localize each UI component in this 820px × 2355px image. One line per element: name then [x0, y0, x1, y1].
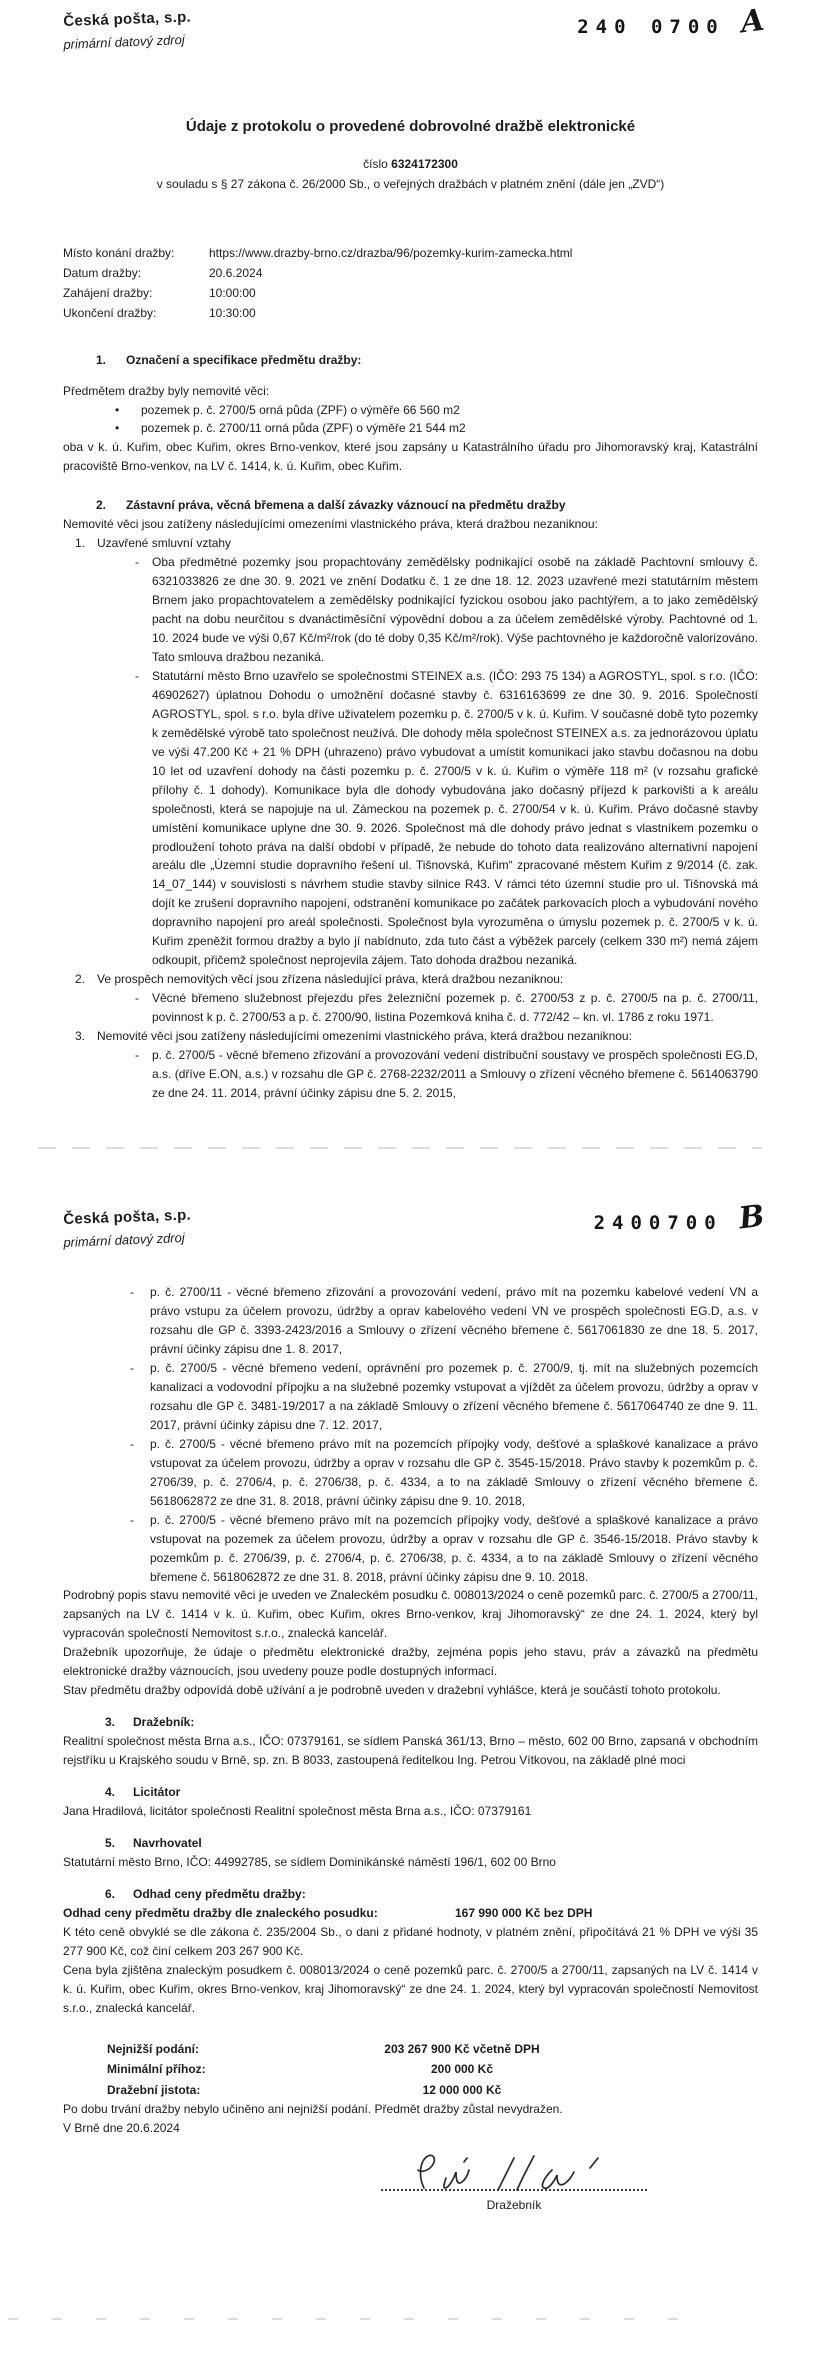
- section2-heading: 2. Zástavní práva, věcná břemena a další…: [96, 496, 758, 515]
- easement-pripojky-1: p. č. 2700/5 - věcné břemeno právo mít n…: [150, 1435, 758, 1511]
- section5-heading: 5. Navrhovatel: [105, 1834, 758, 1853]
- appraisal-description: Podrobný popis stavu nemovité věci je uv…: [63, 1586, 758, 1643]
- estimate-value: 167 990 000 Kč bez DPH: [455, 1904, 758, 1923]
- stamp-letter: A: [739, 6, 766, 39]
- section6-title: Odhad ceny předmětu dražby:: [133, 1885, 306, 1904]
- section5-title: Navrhovatel: [133, 1834, 202, 1853]
- section3-heading: 3. Dražebník:: [105, 1713, 758, 1732]
- proposer-details: Statutární město Brno, IČO: 44992785, se…: [63, 1853, 758, 1872]
- company-tagline: primární datový zdroj: [63, 1228, 185, 1254]
- section6-heading: 6. Odhad ceny předmětu dražby:: [105, 1885, 758, 1904]
- dash-icon: -: [135, 553, 152, 667]
- sub1-number: 1.: [75, 534, 97, 553]
- info-label-date: Datum dražby:: [63, 264, 209, 283]
- condition-note: Stav předmětu dražby odpovídá době užívá…: [63, 1681, 758, 1700]
- info-value-place-url: https://www.drazby-brno.cz/drazba/96/poz…: [209, 244, 758, 263]
- easement-vn-cable: p. č. 2700/11 - věcné břemeno zřizování …: [150, 1283, 758, 1359]
- price-source-note: Cena byla zjištěna znaleckým posudkem č.…: [63, 1961, 758, 2018]
- encumbrance-steinex: Statutární město Brno uzavřelo se společ…: [152, 667, 758, 970]
- sub2-title: Ve prospěch nemovitých věcí jsou zřízena…: [97, 970, 563, 989]
- parcel-item-1: pozemek p. č. 2700/5 orná půda (ZPF) o v…: [141, 401, 758, 420]
- section4-title: Licitátor: [133, 1783, 180, 1802]
- lowest-bid-value: 203 267 900 Kč včetně DPH: [297, 2040, 627, 2059]
- dash-icon: -: [135, 667, 152, 970]
- info-value-end: 10:30:00: [209, 304, 758, 323]
- section3-title: Dražebník:: [133, 1713, 194, 1732]
- page-2: Česká pošta, s.p. primární datový zdroj …: [0, 1150, 820, 2355]
- section4-heading: 4. Licitátor: [105, 1783, 758, 1802]
- deposit-value: 12 000 000 Kč: [297, 2081, 627, 2100]
- dash-icon: -: [130, 1435, 150, 1511]
- min-increment-label: Minimální příhoz:: [107, 2060, 297, 2079]
- list-item: - Oba předmětné pozemky jsou propachtová…: [135, 553, 758, 667]
- scanned-document: Česká pošta, s.p. primární datový zdroj …: [0, 0, 820, 2355]
- easement-egd-2700-5: p. č. 2700/5 - věcné břemeno zřizování a…: [152, 1046, 758, 1103]
- section5-number: 5.: [105, 1834, 133, 1853]
- licitator-details: Jana Hradilová, licitátor společnosti Re…: [63, 1802, 758, 1821]
- sub2-number: 2.: [75, 970, 97, 989]
- signature-block: Dražebník: [381, 2148, 647, 2215]
- list-item: • pozemek p. č. 2700/11 orná půda (ZPF) …: [115, 419, 758, 438]
- estimate-line: Odhad ceny předmětu dražby dle znaleckéh…: [63, 1904, 758, 1923]
- scan-artifact-line: [8, 2318, 710, 2320]
- list-item: • pozemek p. č. 2700/5 orná půda (ZPF) o…: [115, 401, 758, 420]
- auctioneer-notice: Dražebník upozorňuje, že údaje o předmět…: [63, 1643, 758, 1681]
- result-statement: Po dobu trvání dražby nebylo učiněno ani…: [63, 2100, 758, 2119]
- law-reference: v souladu s § 27 zákona č. 26/2000 Sb., …: [63, 175, 758, 194]
- vat-note: K této ceně obvyklé se dle zákona č. 235…: [63, 1923, 758, 1961]
- scan-artifact-line: [38, 1147, 762, 1149]
- stamp-digits: 2400700: [594, 1208, 723, 1238]
- stamp-digits: 240 0700: [577, 12, 725, 42]
- section1-number: 1.: [96, 351, 126, 370]
- dash-icon: -: [135, 1046, 152, 1103]
- list-item: - Věcné břemeno služebnost přejezdu přes…: [135, 989, 758, 1027]
- stamp-letter: B: [737, 1202, 766, 1235]
- dash-icon: -: [130, 1511, 150, 1587]
- sub3-title: Nemovité věci jsou zatíženy následujícím…: [97, 1027, 632, 1046]
- easement-kanalizace: p. č. 2700/5 - věcné břemeno vedení, opr…: [150, 1359, 758, 1435]
- easement-railway: Věcné břemeno služebnost přejezdu přes ž…: [152, 989, 758, 1027]
- parcel-item-2: pozemek p. č. 2700/11 orná půda (ZPF) o …: [141, 419, 758, 438]
- protocol-number-line: číslo 6324172300: [63, 155, 758, 174]
- bullet-icon: •: [115, 401, 141, 420]
- list-item: - p. č. 2700/5 - věcné břemeno právo mít…: [130, 1435, 758, 1511]
- min-increment-value: 200 000 Kč: [297, 2060, 627, 2079]
- protocol-number-value: 6324172300: [391, 157, 458, 171]
- sub1-heading: 1. Uzavřené smluvní vztahy: [75, 534, 758, 553]
- protocol-number-label: číslo: [363, 157, 388, 171]
- easement-pripojky-2: p. č. 2700/5 - věcné břemeno právo mít n…: [150, 1511, 758, 1587]
- section3-number: 3.: [105, 1713, 133, 1732]
- document-title: Údaje z protokolu o provedené dobrovolné…: [63, 115, 758, 139]
- info-label-place: Místo konání dražby:: [63, 244, 209, 263]
- info-value-start: 10:00:00: [209, 284, 758, 303]
- stamp: 240 0700 A: [577, 12, 764, 42]
- info-label-start: Zahájení dražby:: [63, 284, 209, 303]
- bid-parameters: Nejnižší podání: 203 267 900 Kč včetně D…: [107, 2040, 758, 2101]
- bullet-icon: •: [115, 419, 141, 438]
- section2-number: 2.: [96, 496, 126, 515]
- sub3-heading: 3. Nemovité věci jsou zatíženy následují…: [75, 1027, 758, 1046]
- section2-intro: Nemovité věci jsou zatíženy následujícím…: [63, 515, 758, 534]
- list-item: - p. č. 2700/5 - věcné břemeno právo mít…: [130, 1511, 758, 1587]
- sub1-title: Uzavřené smluvní vztahy: [97, 534, 231, 553]
- stamp: 2400700 B: [594, 1208, 764, 1238]
- list-item: - p. č. 2700/5 - věcné břemeno vedení, o…: [130, 1359, 758, 1435]
- estimate-label: Odhad ceny předmětu dražby dle znaleckéh…: [63, 1904, 455, 1923]
- sub2-heading: 2. Ve prospěch nemovitých věcí jsou zříz…: [75, 970, 758, 989]
- section1-title: Označení a specifikace předmětu dražby:: [126, 351, 361, 370]
- info-value-date: 20.6.2024: [209, 264, 758, 283]
- info-label-end: Ukončení dražby:: [63, 304, 209, 323]
- sub3-number: 3.: [75, 1027, 97, 1046]
- section4-number: 4.: [105, 1783, 133, 1802]
- list-item: - p. č. 2700/11 - věcné břemeno zřizován…: [130, 1283, 758, 1359]
- encumbrance-list: - p. č. 2700/11 - věcné břemeno zřizován…: [63, 1283, 758, 1586]
- page-1: Česká pošta, s.p. primární datový zdroj …: [0, 0, 820, 1150]
- auction-info-block: Místo konání dražby: https://www.drazby-…: [63, 244, 758, 323]
- signature-line: [381, 2189, 647, 2191]
- section1-heading: 1. Označení a specifikace předmětu dražb…: [96, 351, 758, 370]
- list-item: - p. č. 2700/5 - věcné břemeno zřizování…: [135, 1046, 758, 1103]
- company-tagline: primární datový zdroj: [63, 30, 185, 56]
- section2-title: Zástavní práva, věcná břemena a další zá…: [126, 496, 566, 515]
- encumbrance-pacht: Oba předmětné pozemky jsou propachtovány…: [152, 553, 758, 667]
- section1-intro: Předmětem dražby byly nemovité věci:: [63, 382, 758, 401]
- list-item: - Statutární město Brno uzavřelo se spol…: [135, 667, 758, 970]
- page2-header: Česká pošta, s.p. primární datový zdroj …: [63, 1208, 758, 1253]
- page1-header: Česká pošta, s.p. primární datový zdroj …: [63, 10, 758, 55]
- dash-icon: -: [130, 1359, 150, 1435]
- lowest-bid-label: Nejnižší podání:: [107, 2040, 297, 2059]
- dash-icon: -: [130, 1283, 150, 1359]
- dash-icon: -: [135, 989, 152, 1027]
- section1-outro: oba v k. ú. Kuřim, obec Kuřim, okres Brn…: [63, 438, 758, 476]
- auctioneer-details: Realitní společnost města Brna a.s., IČO…: [63, 1732, 758, 1770]
- signature-caption: Dražebník: [381, 2196, 647, 2215]
- section6-number: 6.: [105, 1885, 133, 1904]
- deposit-label: Dražební jistota:: [107, 2081, 297, 2100]
- place-and-date: V Brně dne 20.6.2024: [63, 2119, 758, 2138]
